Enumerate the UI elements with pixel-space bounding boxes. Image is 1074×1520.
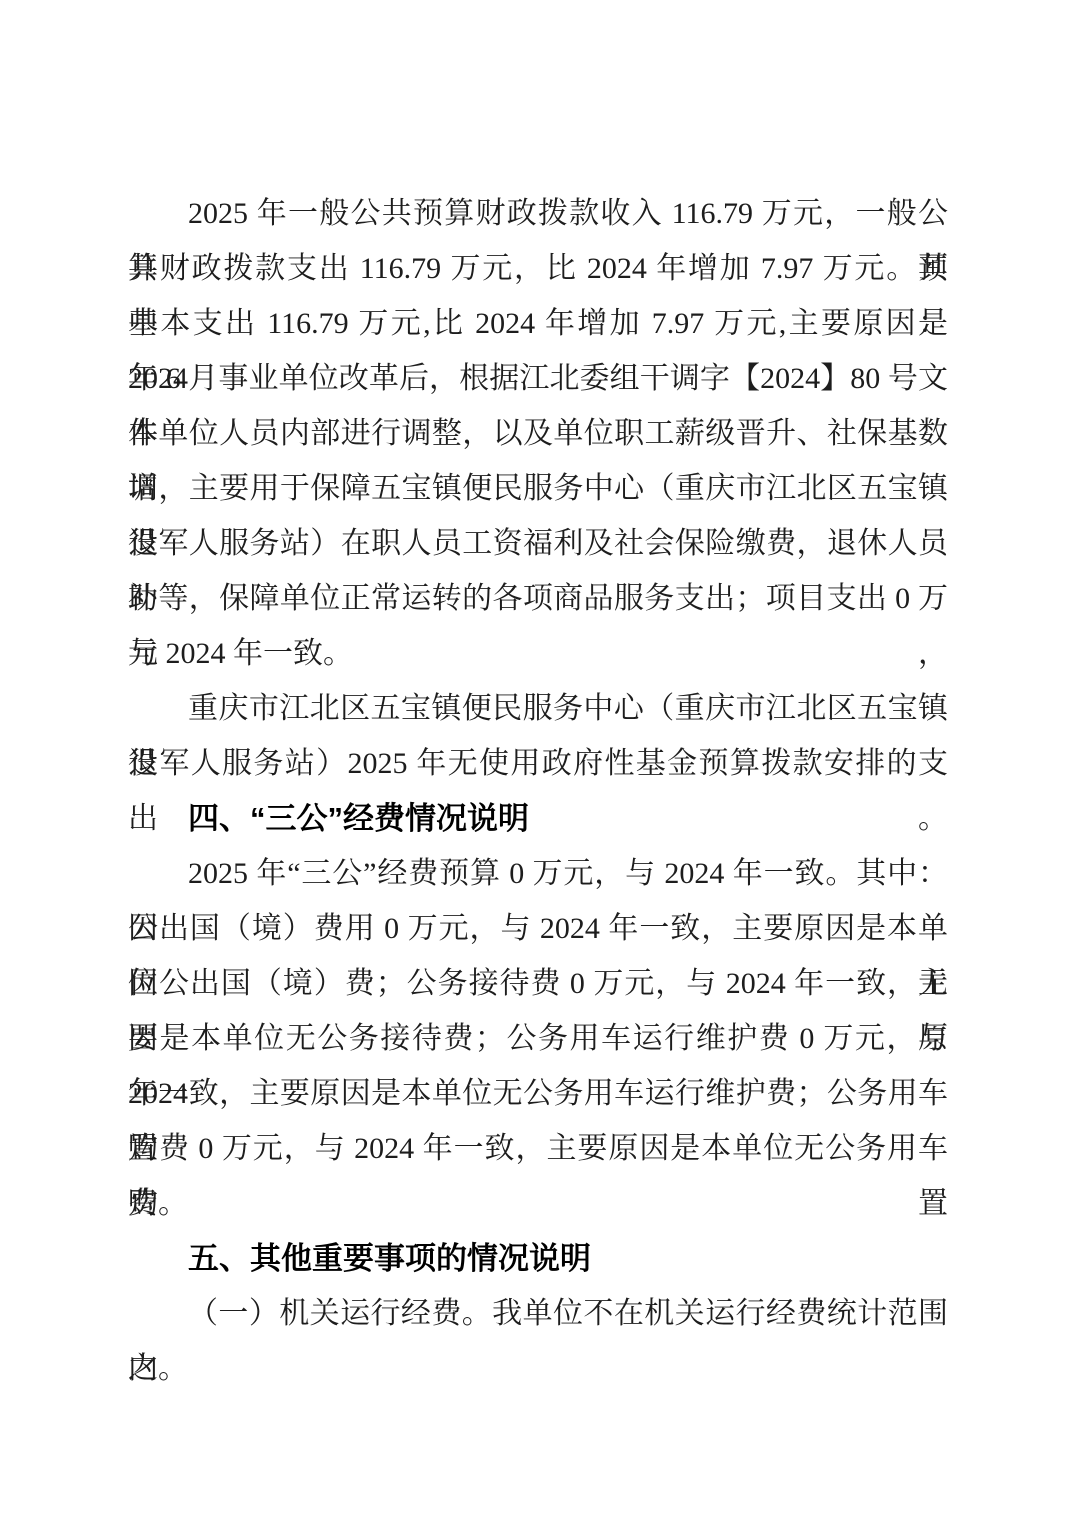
- text-line: 基本支出 116.79 万元,比 2024 年增加 7.97 万元,主要原因是 …: [128, 296, 948, 351]
- text-line: 因公出国（境）费；公务接待费 0 万元，与 2024 年一致，主要原: [128, 956, 948, 1011]
- text-line: 年 6 月事业单位改革后，根据江北委组干调字【2024】80 号文件: [128, 351, 948, 406]
- text-line: （一）机关运行经费。我单位不在机关运行经费统计范围之: [128, 1286, 948, 1341]
- text-line: 算财政拨款支出 116.79 万元，比 2024 年增加 7.97 万元。其中：: [128, 241, 948, 296]
- text-line: 本单位人员内部进行调整，以及单位职工薪级晋升、社保基数调: [128, 406, 948, 461]
- text-line: 置费 0 万元，与 2024 年一致，主要原因是本单位无公务用车购置: [128, 1121, 948, 1176]
- text-line: 增，主要用于保障五宝镇便民服务中心（重庆市江北区五宝镇退: [128, 461, 948, 516]
- text-line: 助等，保障单位正常运转的各项商品服务支出；项目支出 0 万元，: [128, 571, 948, 626]
- text-line: 内。: [128, 1341, 948, 1396]
- text-line: 役军人服务站）2025 年无使用政府性基金预算拨款安排的支出。: [128, 736, 948, 791]
- document-body: 2025 年一般公共预算财政拨款收入 116.79 万元，一般公共预算财政拨款支…: [128, 186, 948, 1396]
- text-line: 重庆市江北区五宝镇便民服务中心（重庆市江北区五宝镇退: [128, 681, 948, 736]
- document-page: 2025 年一般公共预算财政拨款收入 116.79 万元，一般公共预算财政拨款支…: [0, 0, 1074, 1520]
- text-line: 年一致，主要原因是本单位无公务用车运行维护费；公务用车购: [128, 1066, 948, 1121]
- text-line: 2025 年一般公共预算财政拨款收入 116.79 万元，一般公共预: [128, 186, 948, 241]
- text-line: 因是本单位无公务接待费；公务用车运行维护费 0 万元，与 2024: [128, 1011, 948, 1066]
- text-line: 2025 年“三公”经费预算 0 万元，与 2024 年一致。其中：因: [128, 846, 948, 901]
- section-heading: 五、其他重要事项的情况说明: [128, 1231, 948, 1286]
- text-line: 公出国（境）费用 0 万元，与 2024 年一致，主要原因是本单位无: [128, 901, 948, 956]
- text-line: 役军人服务站）在职人员工资福利及社会保险缴费，退休人员补: [128, 516, 948, 571]
